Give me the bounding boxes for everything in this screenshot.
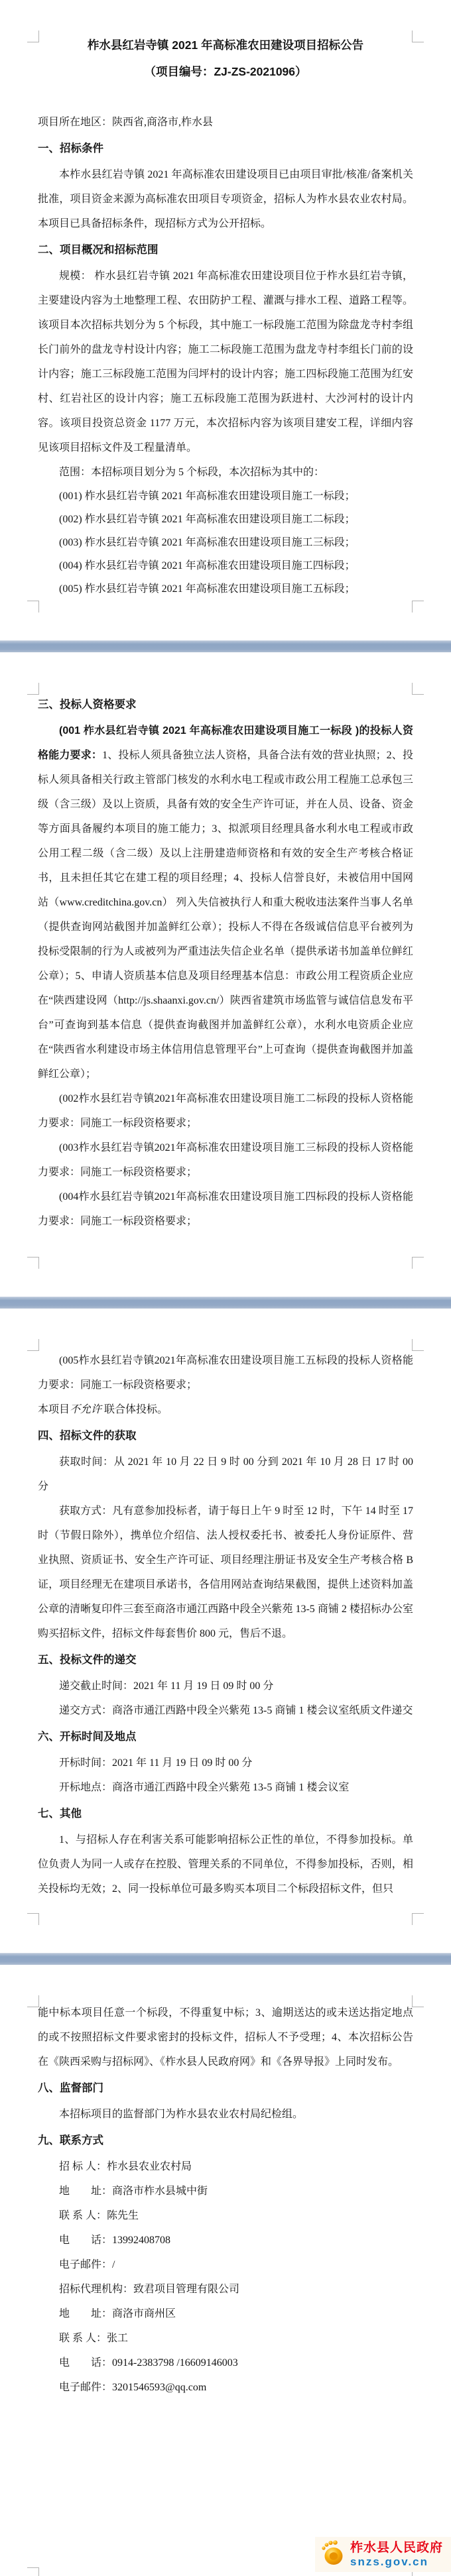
- contact-agency-email: 电子邮件：3201546593@qq.com: [38, 2375, 413, 2400]
- page-content: 柞水县红岩寺镇 2021 年高标准农田建设项目招标公告 （项目编号：ZJ-ZS-…: [0, 0, 451, 601]
- project-scale-paragraph: 规模： 柞水县红岩寺镇 2021 年高标准农田建设项目位于柞水县红岩寺镇，主要建…: [38, 264, 413, 460]
- section-heading-7: 七、其他: [38, 1800, 413, 1828]
- gov-site-name: 柞水县人民政府: [350, 2541, 443, 2555]
- footprint-icon: [319, 2539, 346, 2570]
- document-page-2: 三、投标人资格要求 (001 柞水县红岩寺镇 2021 年高标准农田建设项目施工…: [0, 652, 451, 1297]
- contact-tenderer: 招 标 人：柞水县农业农村局: [38, 2154, 413, 2179]
- margin-corner-mark: [27, 601, 39, 613]
- gov-site-text: 柞水县人民政府 snzs.gov.cn: [350, 2541, 443, 2569]
- contact-tenderer-person: 联 系 人：陈先生: [38, 2203, 413, 2228]
- margin-corner-mark: [27, 1257, 39, 1269]
- page-content: 能中标本项目任意一个标段，不得重复中标；3、逾期送达的或未送达指定地点的或不按照…: [0, 1965, 451, 2400]
- page-content: 三、投标人资格要求 (001 柞水县红岩寺镇 2021 年高标准农田建设项目施工…: [0, 652, 451, 1234]
- gov-site-watermark: 柞水县人民政府 snzs.gov.cn: [315, 2537, 451, 2572]
- other-terms-part1: 1、与招标人存在利害关系可能影响招标公正性的单位，不得参加投标。单位负责人为同一…: [38, 1828, 413, 1901]
- jv-note-pre: 本项目: [38, 1404, 70, 1415]
- qualification-body: 1、投标人须具备独立法人资格，具备合法有效的营业执照；2、投标人须具备相关行政主…: [38, 750, 413, 1080]
- page-separator: [0, 640, 451, 652]
- margin-corner-mark: [27, 2567, 39, 2576]
- bidder-qualification-lot3: (003柞水县红岩寺镇2021年高标准农田建设项目施工三标段的投标人资格能力要求…: [38, 1136, 413, 1185]
- lot-item-001: (001) 柞水县红岩寺镇 2021 年高标准农田建设项目施工一标段；: [38, 485, 413, 508]
- section-heading-2: 二、项目概况和招标范围: [38, 236, 413, 264]
- document-page-3: (005柞水县红岩寺镇2021年高标准农田建设项目施工五标段的投标人资格能力要求…: [0, 1309, 451, 1953]
- jv-note-not-allowed: 不允许: [70, 1404, 101, 1415]
- supervision-paragraph: 本招标项目的监督部门为柞水县农业农村局纪检组。: [38, 2102, 413, 2127]
- document-obtain-method: 获取方式：凡有意参加投标者，请于每日上午 9 时至 12 时，下午 14 时至 …: [38, 1499, 413, 1646]
- bidder-qualification-lot1: (001 柞水县红岩寺镇 2021 年高标准农田建设项目施工一标段 )的投标人资…: [38, 719, 413, 1086]
- document-page-4: 能中标本项目任意一个标段，不得重复中标；3、逾期送达的或未送达指定地点的或不按照…: [0, 1965, 451, 2576]
- project-number: （项目编号：ZJ-ZS-2021096）: [38, 58, 413, 85]
- bidder-qualification-lot2: (002柞水县红岩寺镇2021年高标准农田建设项目施工二标段的投标人资格能力要求…: [38, 1086, 413, 1136]
- contact-tenderer-address: 地 址：商洛市柞水县城中街: [38, 2179, 413, 2203]
- document-page-1: 柞水县红岩寺镇 2021 年高标准农田建设项目招标公告 （项目编号：ZJ-ZS-…: [0, 0, 451, 640]
- tender-scope-paragraph: 范围：本招标项目划分为 5 个标段，本次招标为其中的：: [38, 460, 413, 485]
- lot-item-005: (005) 柞水县红岩寺镇 2021 年高标准农田建设项目施工五标段；: [38, 577, 413, 601]
- lot-item-004: (004) 柞水县红岩寺镇 2021 年高标准农田建设项目施工四标段；: [38, 554, 413, 577]
- other-terms-part2: 能中标本项目任意一个标段，不得重复中标；3、逾期送达的或未送达指定地点的或不按照…: [38, 2001, 413, 2074]
- contact-agency-address: 地 址：商洛市商州区: [38, 2302, 413, 2326]
- section-heading-4: 四、招标文件的获取: [38, 1422, 413, 1450]
- contact-tenderer-phone: 电 话：13992408708: [38, 2228, 413, 2253]
- margin-corner-mark: [412, 601, 424, 613]
- joint-venture-note: 本项目不允许 联合体投标。: [38, 1397, 413, 1422]
- bid-submission-method: 递交方式：商洛市通江西路中段全兴紫苑 13-5 商铺 1 楼会议室纸质文件递交: [38, 1698, 413, 1723]
- contact-tenderer-email: 电子邮件：/: [38, 2253, 413, 2277]
- lot-item-003: (003) 柞水县红岩寺镇 2021 年高标准农田建设项目施工三标段；: [38, 531, 413, 554]
- bid-opening-place: 开标地点：商洛市通江西路中段全兴紫苑 13-5 商铺 1 楼会议室: [38, 1775, 413, 1800]
- margin-corner-mark: [412, 1913, 424, 1925]
- section-heading-9: 九、联系方式: [38, 2127, 413, 2154]
- margin-corner-mark: [27, 1913, 39, 1925]
- section-heading-5: 五、投标文件的递交: [38, 1646, 413, 1674]
- margin-corner-mark: [412, 1257, 424, 1269]
- bidder-qualification-lot5: (005柞水县红岩寺镇2021年高标准农田建设项目施工五标段的投标人资格能力要求…: [38, 1348, 413, 1397]
- contact-agency-phone: 电 话：0914-2383798 /16609146003: [38, 2351, 413, 2375]
- section-heading-8: 八、监督部门: [38, 2074, 413, 2102]
- bid-submission-deadline: 递交截止时间：2021 年 11 月 19 日 09 时 00 分: [38, 1674, 413, 1698]
- contact-agency: 招标代理机构：致君项目管理有限公司: [38, 2277, 413, 2302]
- lot-item-002: (002) 柞水县红岩寺镇 2021 年高标准农田建设项目施工二标段；: [38, 508, 413, 531]
- page-separator: [0, 1953, 451, 1965]
- project-location: 项目所在地区：陕西省,商洛市,柞水县: [38, 110, 413, 135]
- bid-opening-time: 开标时间：2021 年 11 月 19 日 09 时 00 分: [38, 1751, 413, 1775]
- jv-note-post: 联合体投标。: [101, 1404, 168, 1415]
- section-1-paragraph: 本柞水县红岩寺镇 2021 年高标准农田建设项目已由项目审批/核准/备案机关批准…: [38, 162, 413, 236]
- section-heading-6: 六、开标时间及地点: [38, 1723, 413, 1751]
- gov-site-url: snzs.gov.cn: [350, 2555, 443, 2569]
- section-heading-1: 一、招标条件: [38, 135, 413, 162]
- contact-agency-person: 联 系 人：张工: [38, 2326, 413, 2351]
- page-content: (005柞水县红岩寺镇2021年高标准农田建设项目施工五标段的投标人资格能力要求…: [0, 1309, 451, 1901]
- page-separator: [0, 1297, 451, 1309]
- doc-title: 柞水县红岩寺镇 2021 年高标准农田建设项目招标公告: [38, 32, 413, 58]
- bidder-qualification-lot4: (004柞水县红岩寺镇2021年高标准农田建设项目施工四标段的投标人资格能力要求…: [38, 1185, 413, 1234]
- section-heading-3: 三、投标人资格要求: [38, 691, 413, 719]
- document-obtain-time: 获取时间：从 2021 年 10 月 22 日 9 时 00 分到 2021 年…: [38, 1450, 413, 1499]
